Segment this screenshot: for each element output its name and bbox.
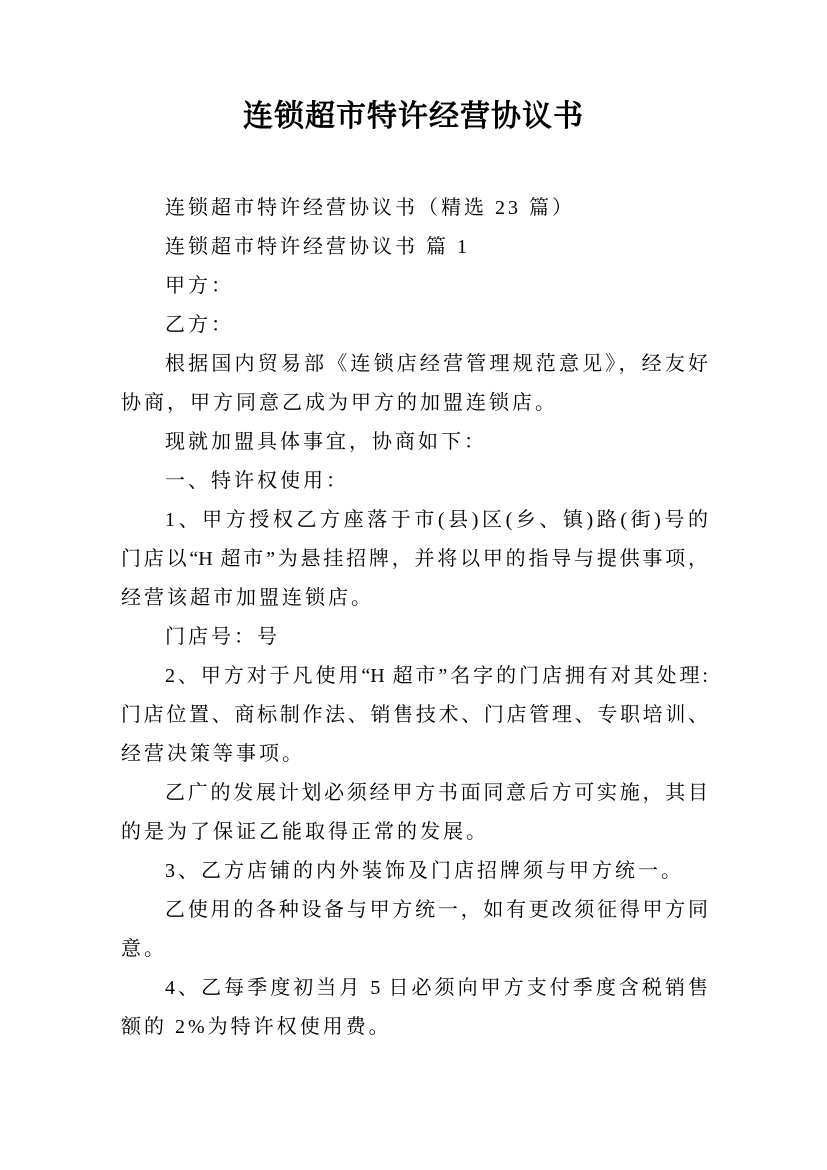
paragraph: 2、甲方对于凡使用“H 超市”名字的门店拥有对其处理:门店位置、商标制作法、销售…	[121, 657, 708, 774]
document-page: 连锁超市特许经营协议书 连锁超市特许经营协议书（精选 23 篇）连锁超市特许经营…	[0, 0, 827, 1170]
paragraph: 一、特许权使用：	[121, 462, 708, 501]
paragraph-line: 2、甲方对于凡使用“H 超市”名字的门店拥有对其处理:	[121, 657, 708, 696]
document-body: 连锁超市特许经营协议书（精选 23 篇）连锁超市特许经营协议书 篇 1甲方：乙方…	[121, 189, 708, 1047]
paragraph-line: 意。	[121, 930, 708, 969]
paragraph: 连锁超市特许经营协议书（精选 23 篇）	[121, 189, 708, 228]
paragraph: 甲方：	[121, 267, 708, 306]
paragraph: 乙使用的各种设备与甲方统一，如有更改须征得甲方同意。	[121, 891, 708, 969]
paragraph-line: 根据国内贸易部《连锁店经营管理规范意见》，经友好	[121, 345, 708, 384]
paragraph: 4、乙每季度初当月 5 日必须向甲方支付季度含税销售额的 2%为特许权使用费。	[121, 969, 708, 1047]
paragraph-line: 门店号：号	[121, 618, 708, 657]
paragraph-line: 门店位置、商标制作法、销售技术、门店管理、专职培训、	[121, 696, 708, 735]
paragraph-line: 额的 2%为特许权使用费。	[121, 1008, 708, 1047]
document-title: 连锁超市特许经营协议书	[0, 92, 827, 142]
paragraph-line: 现就加盟具体事宜，协商如下：	[121, 423, 708, 462]
paragraph-line: 3、乙方店铺的内外装饰及门店招牌须与甲方统一。	[121, 852, 708, 891]
paragraph-line: 一、特许权使用：	[121, 462, 708, 501]
paragraph-line: 4、乙每季度初当月 5 日必须向甲方支付季度含税销售	[121, 969, 708, 1008]
paragraph-line: 1、甲方授权乙方座落于市(县)区(乡、镇)路(街)号的	[121, 501, 708, 540]
paragraph: 1、甲方授权乙方座落于市(县)区(乡、镇)路(街)号的门店以“H 超市”为悬挂招…	[121, 501, 708, 618]
paragraph: 根据国内贸易部《连锁店经营管理规范意见》，经友好协商，甲方同意乙成为甲方的加盟连…	[121, 345, 708, 423]
paragraph: 乙广的发展计划必须经甲方书面同意后方可实施，其目的是为了保证乙能取得正常的发展。	[121, 774, 708, 852]
paragraph-line: 乙方：	[121, 306, 708, 345]
paragraph-line: 协商，甲方同意乙成为甲方的加盟连锁店。	[121, 384, 708, 423]
paragraph-line: 乙广的发展计划必须经甲方书面同意后方可实施，其目	[121, 774, 708, 813]
paragraph: 连锁超市特许经营协议书 篇 1	[121, 228, 708, 267]
paragraph-line: 经营决策等事项。	[121, 735, 708, 774]
paragraph-line: 门店以“H 超市”为悬挂招牌，并将以甲的指导与提供事项，	[121, 540, 708, 579]
paragraph-line: 连锁超市特许经营协议书 篇 1	[121, 228, 708, 267]
paragraph: 乙方：	[121, 306, 708, 345]
paragraph-line: 乙使用的各种设备与甲方统一，如有更改须征得甲方同	[121, 891, 708, 930]
paragraph-line: 连锁超市特许经营协议书（精选 23 篇）	[121, 189, 708, 228]
paragraph: 3、乙方店铺的内外装饰及门店招牌须与甲方统一。	[121, 852, 708, 891]
paragraph-line: 经营该超市加盟连锁店。	[121, 579, 708, 618]
paragraph: 门店号：号	[121, 618, 708, 657]
paragraph-line: 甲方：	[121, 267, 708, 306]
paragraph-line: 的是为了保证乙能取得正常的发展。	[121, 813, 708, 852]
paragraph: 现就加盟具体事宜，协商如下：	[121, 423, 708, 462]
